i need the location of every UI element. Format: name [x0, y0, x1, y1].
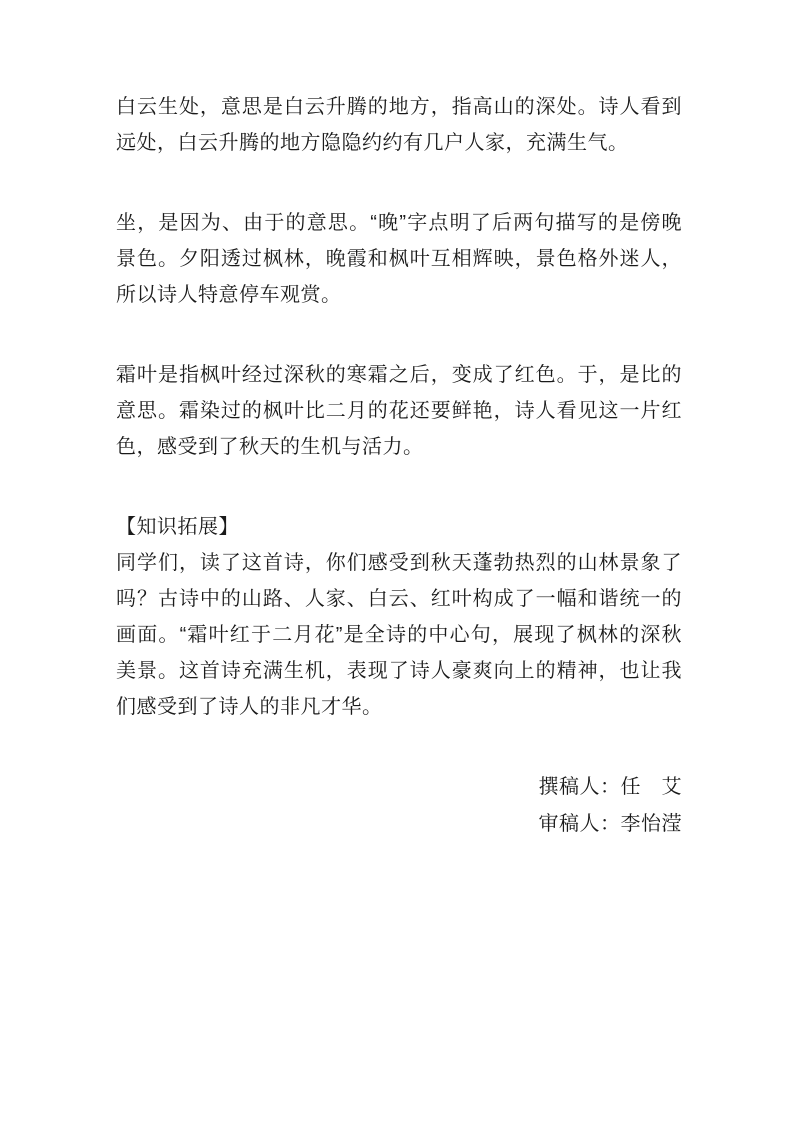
- paragraph-zuo-explanation: 坐，是因为、由于的意思。“晚”字点明了后两句描写的是傍晚景色。夕阳透过枫林，晚霞…: [116, 205, 682, 313]
- knowledge-expansion-paragraph: 同学们，读了这首诗，你们感受到秋天蓬勃热烈的山林景象了吗？古诗中的山路、人家、白…: [116, 545, 682, 725]
- author-signature-line: 撰稿人：任 艾: [116, 769, 682, 806]
- paragraph-shuangye-explanation: 霜叶是指枫叶经过深秋的寒霜之后，变成了红色。于，是比的意思。霜染过的枫叶比二月的…: [116, 357, 682, 465]
- reviewer-signature-line: 审稿人：李怡滢: [116, 806, 682, 843]
- document-page: 白云生处，意思是白云升腾的地方，指高山的深处。诗人看到远处，白云升腾的地方隐隐约…: [0, 0, 793, 1123]
- paragraph-baiyun-explanation: 白云生处，意思是白云升腾的地方，指高山的深处。诗人看到远处，白云升腾的地方隐隐约…: [116, 89, 682, 161]
- knowledge-expansion-heading: 【知识拓展】: [116, 509, 682, 545]
